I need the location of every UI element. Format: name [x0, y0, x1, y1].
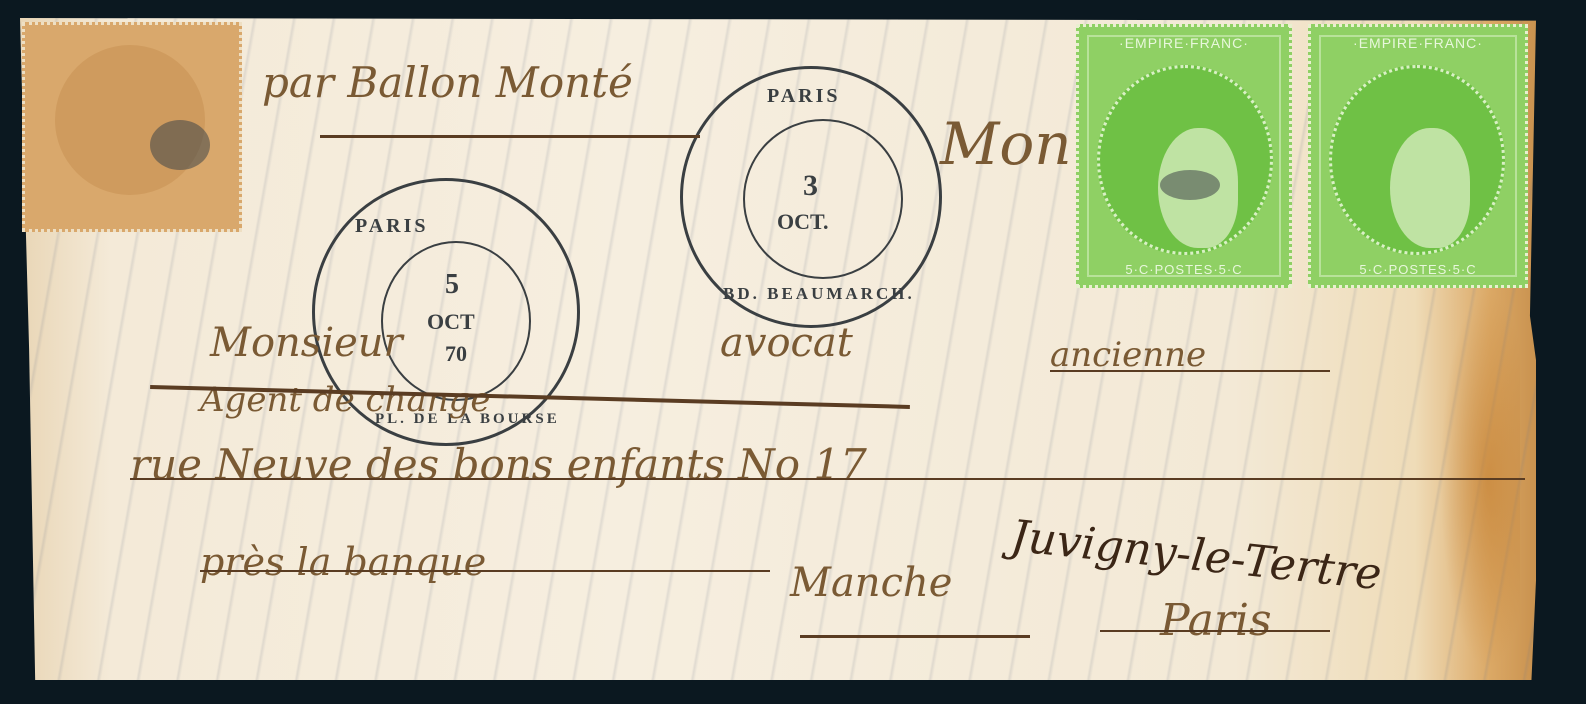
- postmark-beaumarchais: PARIS 3 OCT. BD. BEAUMARCH.: [680, 66, 942, 328]
- underline: [320, 135, 700, 138]
- underline: [800, 635, 1030, 638]
- street-address: rue Neuve des bons enfants No 17: [130, 440, 867, 489]
- struck-occupation: Agent de change: [200, 380, 491, 420]
- stamp-bottom-text: 5·C·POSTES·5·C: [1079, 262, 1289, 277]
- postmark-day: 5: [445, 269, 459, 301]
- stamp-bottom-text: 5·C·POSTES·5·C: [1311, 262, 1525, 277]
- cancel-blot: [150, 120, 210, 170]
- stamp-medallion: [1329, 65, 1505, 255]
- postmark-day: 3: [803, 169, 818, 203]
- postmark-top-arc: PARIS: [355, 215, 429, 238]
- struck-word: ancienne: [1050, 335, 1206, 375]
- strikethrough: [200, 570, 770, 572]
- addressee-title: Monsieur: [210, 320, 403, 366]
- portrait-head: [1390, 128, 1470, 248]
- occupation: avocat: [720, 320, 853, 366]
- route-annotation: par Ballon Monté: [262, 58, 633, 107]
- forwarding-region: Manche: [790, 560, 952, 606]
- green-stamp-right: ·EMPIRE·FRANC· 5·C·POSTES·5·C: [1308, 24, 1528, 288]
- strikethrough: [130, 478, 1525, 480]
- cancel-blot: [1160, 170, 1220, 200]
- greeting: Mon: [940, 110, 1072, 178]
- near-landmark: près la banque: [200, 540, 486, 584]
- stamp-top-text: ·EMPIRE·FRANC·: [1079, 35, 1289, 51]
- postmark-top-arc: PARIS: [767, 85, 841, 108]
- postmark-month: OCT.: [777, 209, 829, 235]
- postmark-inner-ring: [743, 119, 903, 279]
- postmark-month: OCT: [427, 309, 475, 335]
- green-stamp-left: ·EMPIRE·FRANC· 5·C·POSTES·5·C: [1076, 24, 1292, 288]
- strikethrough: [1050, 370, 1330, 372]
- stamp-top-text: ·EMPIRE·FRANC·: [1311, 35, 1525, 51]
- postmark-year: 70: [445, 341, 467, 367]
- stamp-medallion: [1097, 65, 1273, 255]
- water-stain: [1440, 290, 1520, 670]
- postmark-bottom-arc: BD. BEAUMARCH.: [723, 284, 915, 304]
- brown-stamp: [22, 22, 242, 232]
- origin-city: Paris: [1160, 595, 1272, 646]
- strikethrough: [1100, 630, 1330, 632]
